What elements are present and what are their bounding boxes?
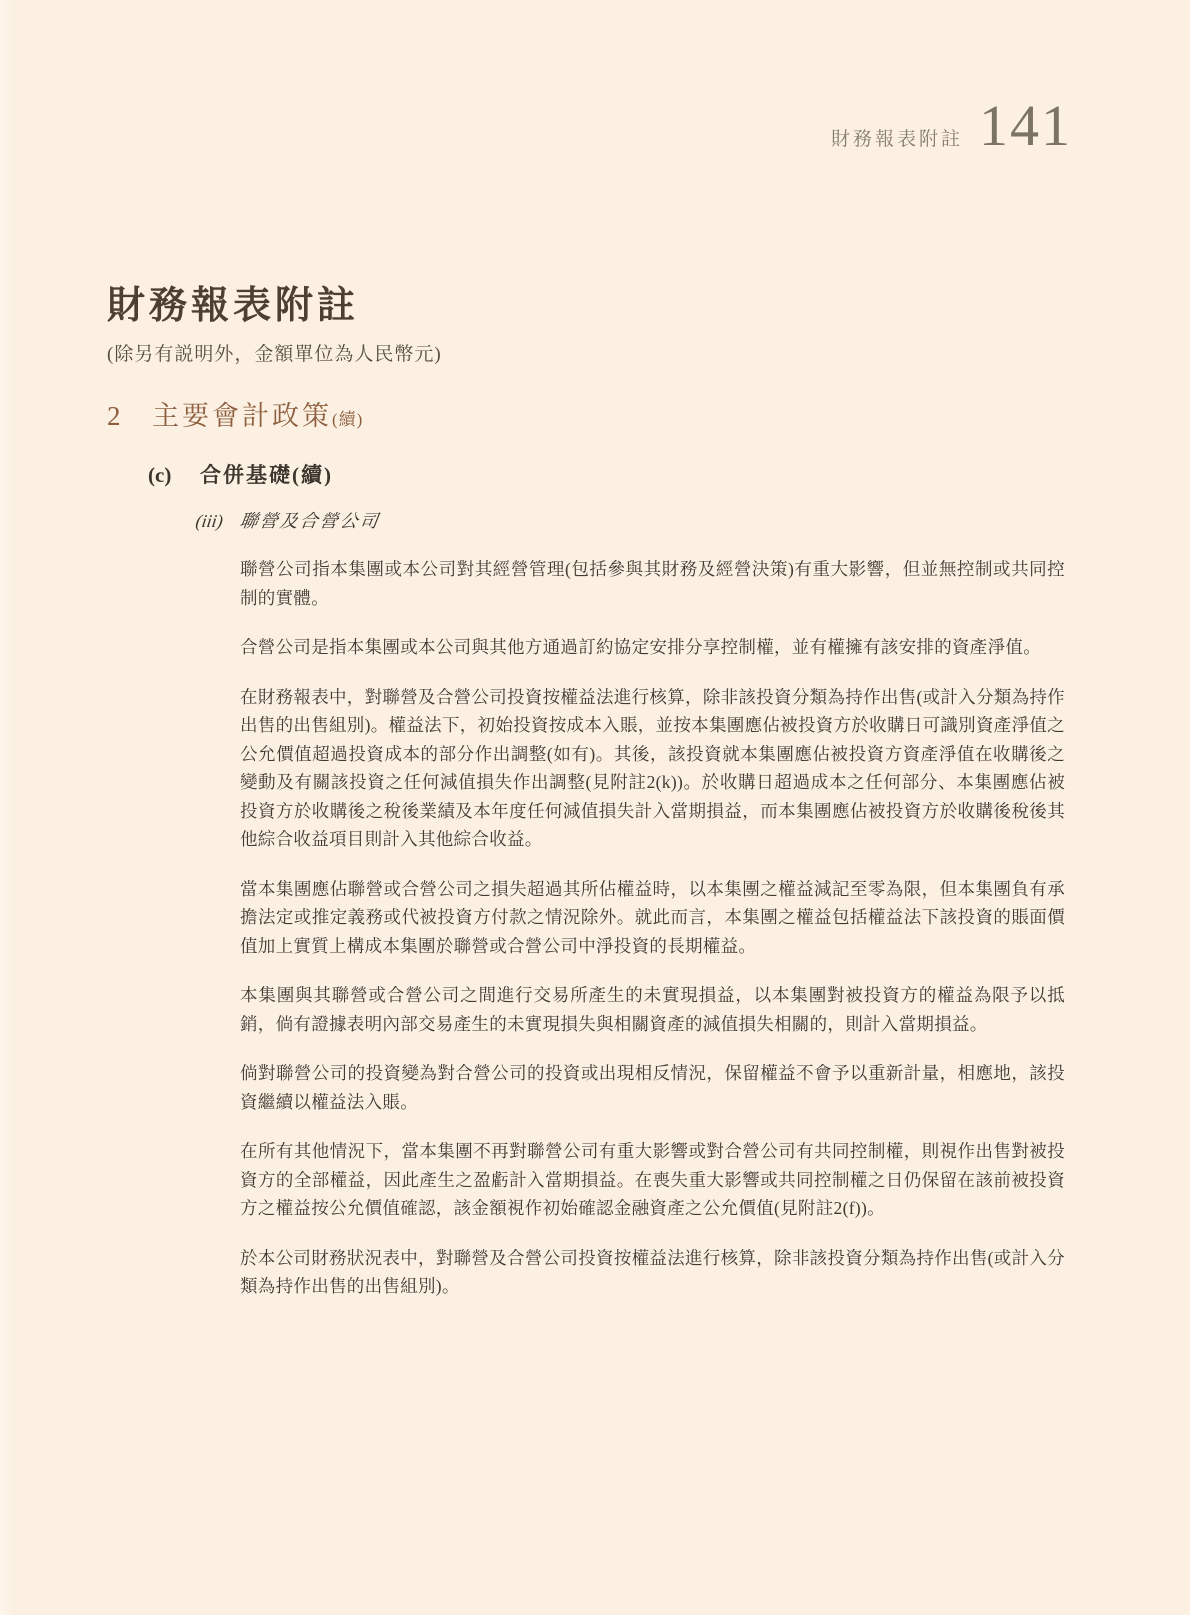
document-page: 財務報表附註 141 財務報表附註 (除另有説明外，金額單位為人民幣元) 2 主… [0, 0, 1190, 1615]
subsubsection-title: 聯營及合營公司 [238, 507, 382, 533]
subsection-title: 合併基礎(續) [200, 459, 333, 489]
body-text: 聯營公司指本集團或本公司對其經營管理(包括參與其財務及經營決策)有重大影響，但並… [240, 555, 1065, 1301]
running-header: 財務報表附註 141 [831, 92, 1072, 159]
body-paragraph: 在所有其他情況下，當本集團不再對聯營公司有重大影響或對合營公司有共同控制權，則視… [240, 1137, 1065, 1223]
page-content: 財務報表附註 (除另有説明外，金額單位為人民幣元) 2 主要會計政策(續) (c… [107, 274, 1065, 1322]
page-subtitle: (除另有説明外，金額單位為人民幣元) [107, 339, 1065, 366]
body-paragraph: 於本公司財務狀況表中，對聯營及合營公司投資按權益法進行核算，除非該投資分類為持作… [240, 1244, 1065, 1301]
body-paragraph: 聯營公司指本集團或本公司對其經營管理(包括參與其財務及經營決策)有重大影響，但並… [240, 555, 1065, 612]
body-paragraph: 本集團與其聯營或合營公司之間進行交易所產生的未實現損益，以本集團對被投資方的權益… [240, 981, 1065, 1038]
body-paragraph: 合營公司是指本集團或本公司與其他方通過訂約協定安排分享控制權，並有權擁有該安排的… [240, 633, 1065, 662]
subsection-heading: (c) 合併基礎(續) [148, 459, 1065, 489]
page-title: 財務報表附註 [107, 274, 1065, 329]
body-paragraph: 倘對聯營公司的投資變為對合營公司的投資或出現相反情況，保留權益不會予以重新計量，… [240, 1059, 1065, 1116]
section-number: 2 [107, 401, 152, 432]
subsection-label: (c) [148, 463, 200, 488]
running-header-label: 財務報表附註 [831, 124, 963, 151]
subsubsection-label: (iii) [194, 511, 241, 532]
subsubsection-heading: (iii) 聯營及合營公司 [194, 507, 1067, 533]
section-continued-marker: (續) [332, 405, 363, 430]
section-title: 主要會計政策 [152, 394, 332, 433]
subsubsection-iii: (iii) 聯營及合營公司 聯營公司指本集團或本公司對其經營管理(包括參與其財務… [196, 507, 1065, 1301]
subsection-c: (c) 合併基礎(續) (iii) 聯營及合營公司 聯營公司指本集團或本公司對其… [148, 459, 1065, 1301]
body-paragraph: 在財務報表中，對聯營及合營公司投資按權益法進行核算，除非該投資分類為持作出售(或… [240, 683, 1065, 854]
body-paragraph: 當本集團應佔聯營或合營公司之損失超過其所佔權益時，以本集團之權益減記至零為限，但… [240, 875, 1065, 961]
page-number: 141 [979, 92, 1072, 159]
section-heading: 2 主要會計政策(續) [107, 394, 1065, 433]
